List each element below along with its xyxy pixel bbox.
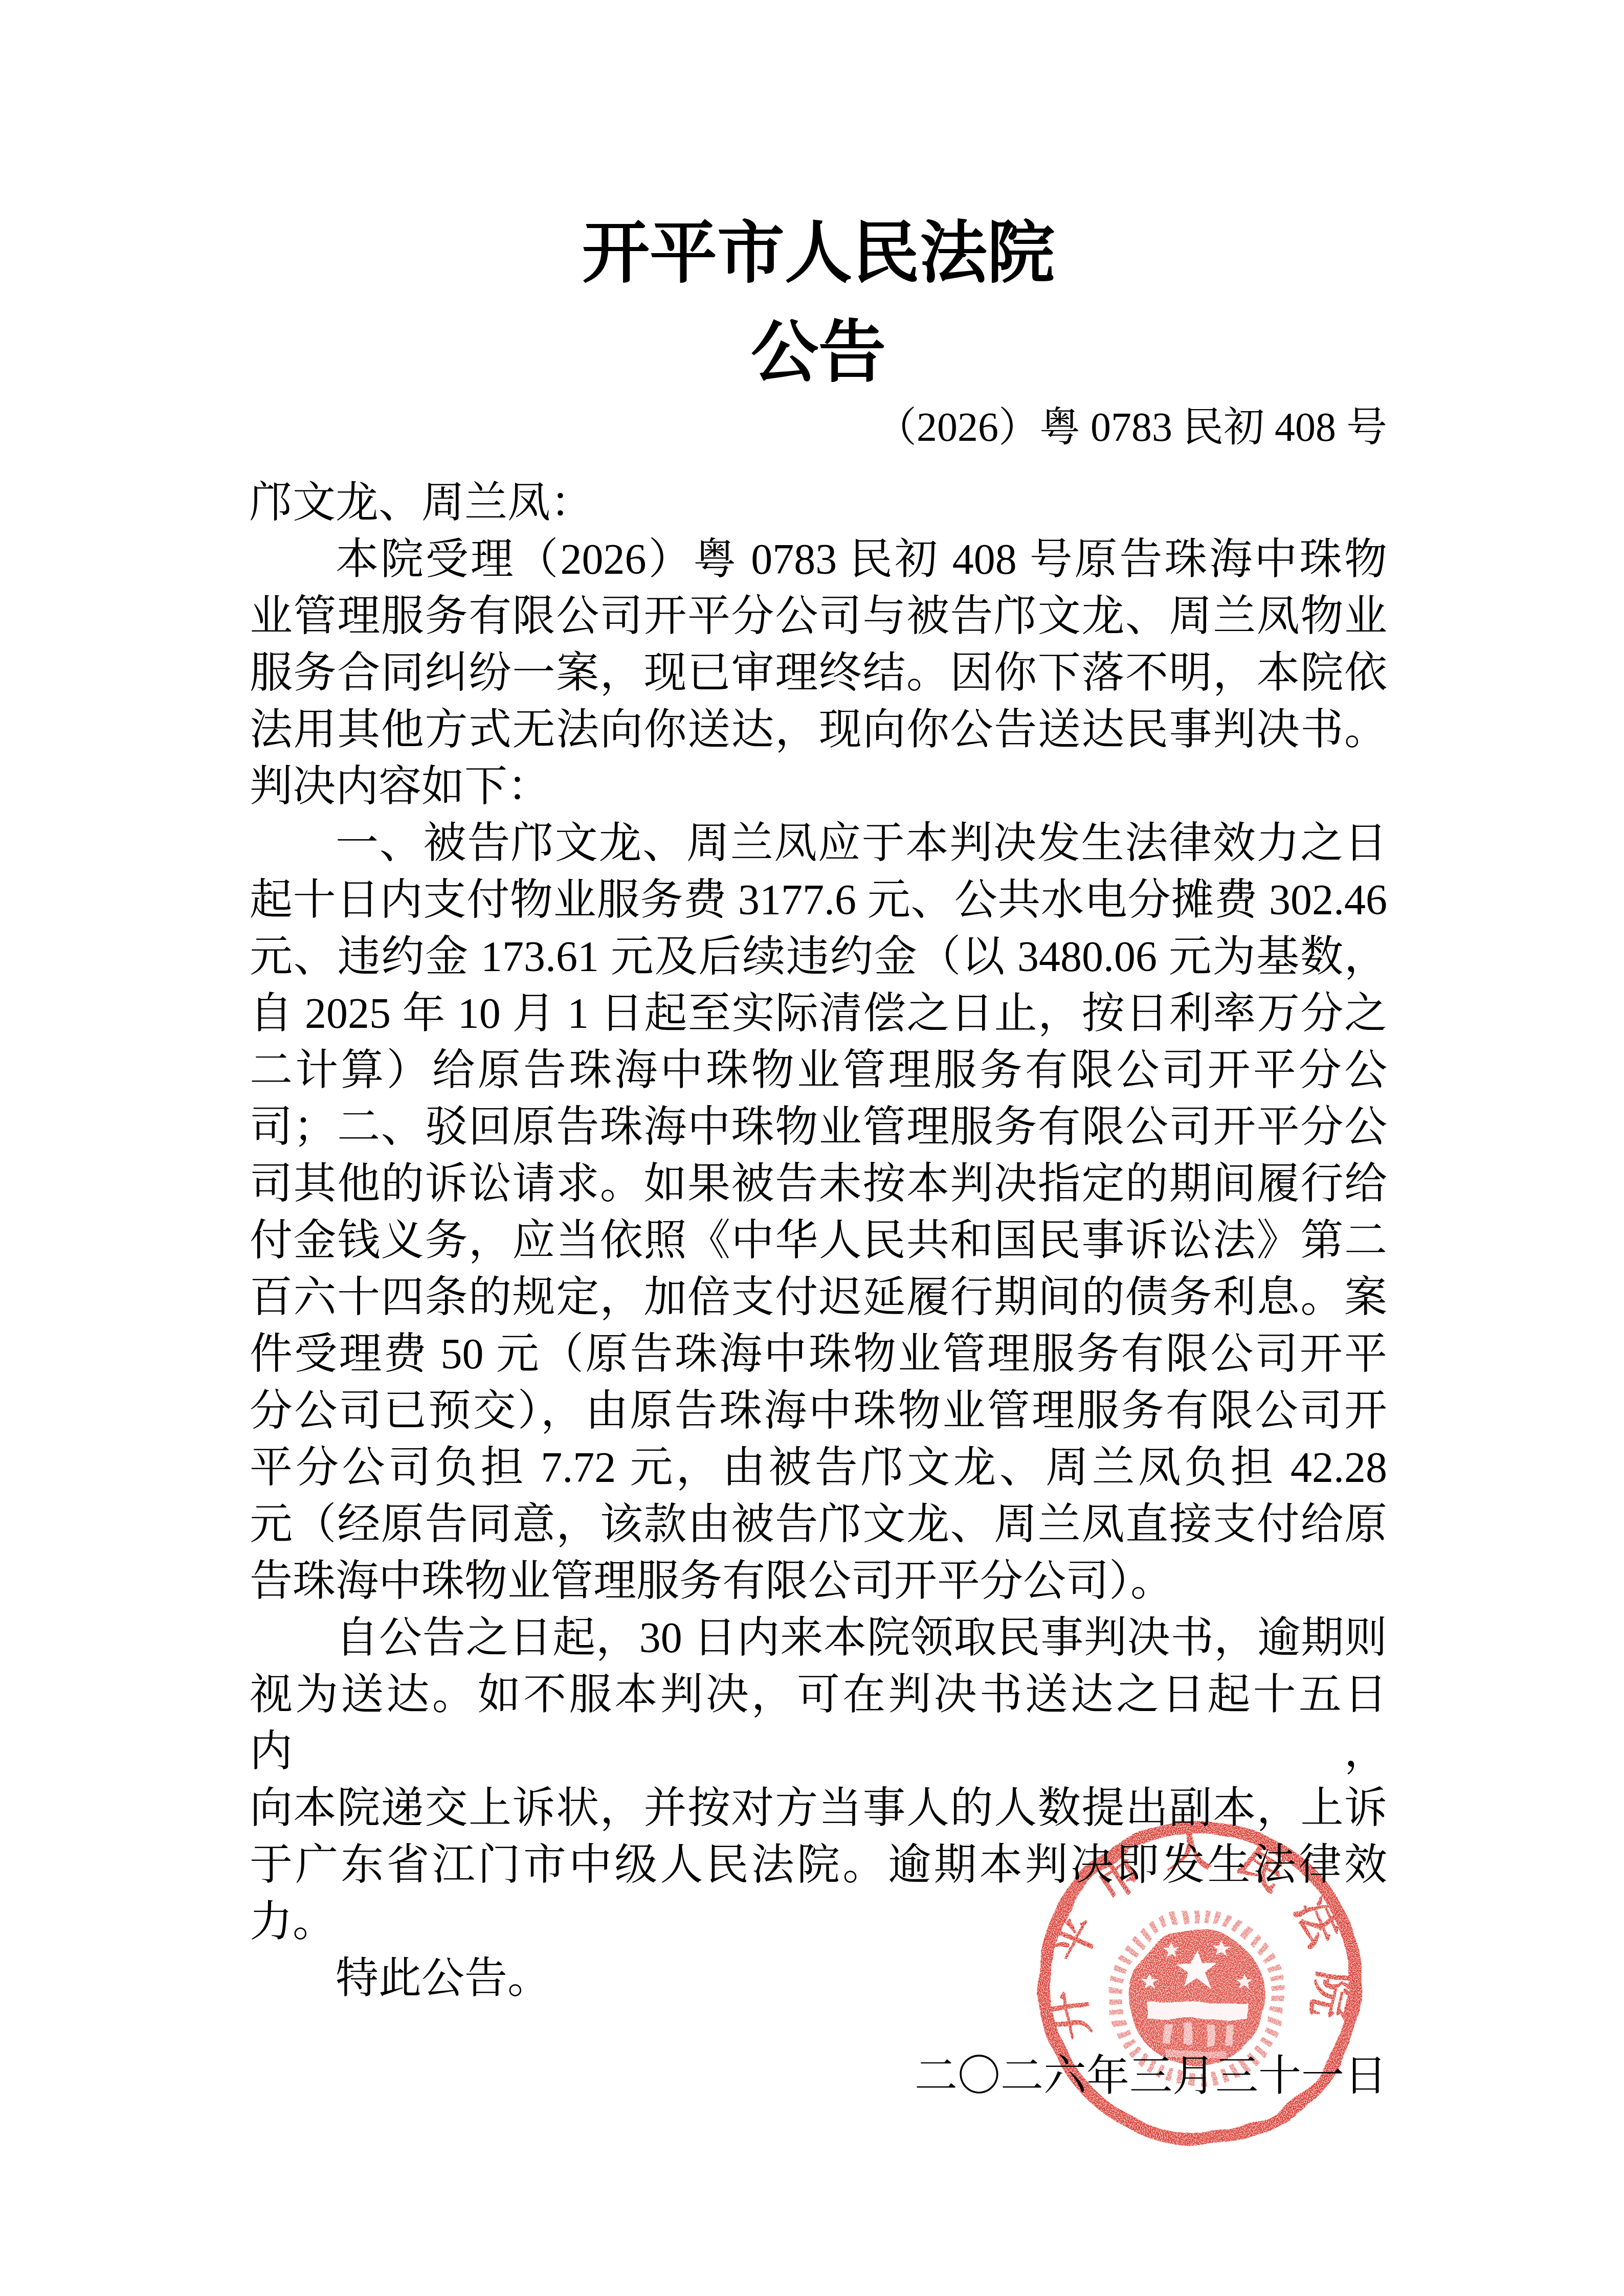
paragraph1-line: 业管理服务有限公司开平分公司与被告邝文龙、周兰凤物业 bbox=[250, 588, 1387, 645]
paragraph2-line: 起十日内支付物业服务费 3177.6 元、公共水电分摊费 302.46 bbox=[250, 872, 1387, 929]
paragraph2-line: 件受理费 50 元（原告珠海中珠物业管理服务有限公司开平 bbox=[250, 1326, 1387, 1383]
paragraph2-line: 司其他的诉讼请求。如果被告未按本判决指定的期间履行给 bbox=[250, 1156, 1387, 1212]
paragraph3-line: 视为送达。如不服本判决，可在判决书送达之日起十五日内， bbox=[250, 1667, 1387, 1780]
paragraph2-line: 告珠海中珠物业管理服务有限公司开平分公司）。 bbox=[250, 1553, 1387, 1610]
paragraph2-line: 自 2025 年 10 月 1 日起至实际清偿之日止，按日利率万分之 bbox=[250, 985, 1387, 1042]
paragraph1-line: 本院受理（2026）粤 0783 民初 408 号原告珠海中珠物 bbox=[250, 531, 1387, 588]
document-content: 开平市人民法院 公告 （2026）粤 0783 民初 408 号 邝文龙、周兰凤… bbox=[250, 0, 1387, 2105]
paragraph2-line: 付金钱义务，应当依照《中华人民共和国民事诉讼法》第二 bbox=[250, 1212, 1387, 1269]
paragraph2-line: 司；二、驳回原告珠海中珠物业管理服务有限公司开平分公 bbox=[250, 1099, 1387, 1156]
paragraph3-line: 力。 bbox=[250, 1894, 1387, 1950]
paragraph2-line: 一、被告邝文龙、周兰凤应于本判决发生法律效力之日 bbox=[250, 815, 1387, 872]
paragraph2-line: 元、违约金 173.61 元及后续违约金（以 3480.06 元为基数， bbox=[250, 929, 1387, 985]
paragraph2-line: 百六十四条的规定，加倍支付迟延履行期间的债务利息。案 bbox=[250, 1269, 1387, 1326]
document-body: 邝文龙、周兰凤： 本院受理（2026）粤 0783 民初 408 号原告珠海中珠… bbox=[250, 475, 1387, 2105]
paragraph2-line: 平分公司负担 7.72 元，由被告邝文龙、周兰凤负担 42.28 bbox=[250, 1439, 1387, 1496]
paragraph3-line: 自公告之日起，30 日内来本院领取民事判决书，逾期则 bbox=[250, 1610, 1387, 1667]
paragraph3-line: 向本院递交上诉状，并按对方当事人的人数提出副本，上诉 bbox=[250, 1780, 1387, 1837]
issue-date: 二〇二六年三月三十一日 bbox=[250, 2048, 1387, 2105]
closing-line: 特此公告。 bbox=[250, 1950, 1387, 2007]
paragraph2-line: 元（经原告同意，该款由被告邝文龙、周兰凤直接支付给原 bbox=[250, 1496, 1387, 1553]
paragraph3-line: 于广东省江门市中级人民法院。逾期本判决即发生法律效 bbox=[250, 1837, 1387, 1894]
paragraph2-line: 分公司已预交），由原告珠海中珠物业管理服务有限公司开 bbox=[250, 1383, 1387, 1439]
court-name-title: 开平市人民法院 bbox=[250, 219, 1387, 288]
paragraph2-line: 二计算）给原告珠海中珠物业管理服务有限公司开平分公 bbox=[250, 1042, 1387, 1099]
announcement-page: { "page": { "background": "#ffffff", "in… bbox=[0, 0, 1624, 2296]
paragraph1-line: 法用其他方式无法向你送达，现向你公告送达民事判决书。 bbox=[250, 702, 1387, 758]
addressee-line: 邝文龙、周兰凤： bbox=[250, 475, 1387, 531]
doc-type-title: 公告 bbox=[250, 318, 1387, 388]
case-number: （2026）粤 0783 民初 408 号 bbox=[250, 404, 1387, 451]
paragraph1-line: 服务合同纠纷一案，现已审理终结。因你下落不明，本院依 bbox=[250, 645, 1387, 702]
paragraph1-line: 判决内容如下： bbox=[250, 758, 1387, 815]
